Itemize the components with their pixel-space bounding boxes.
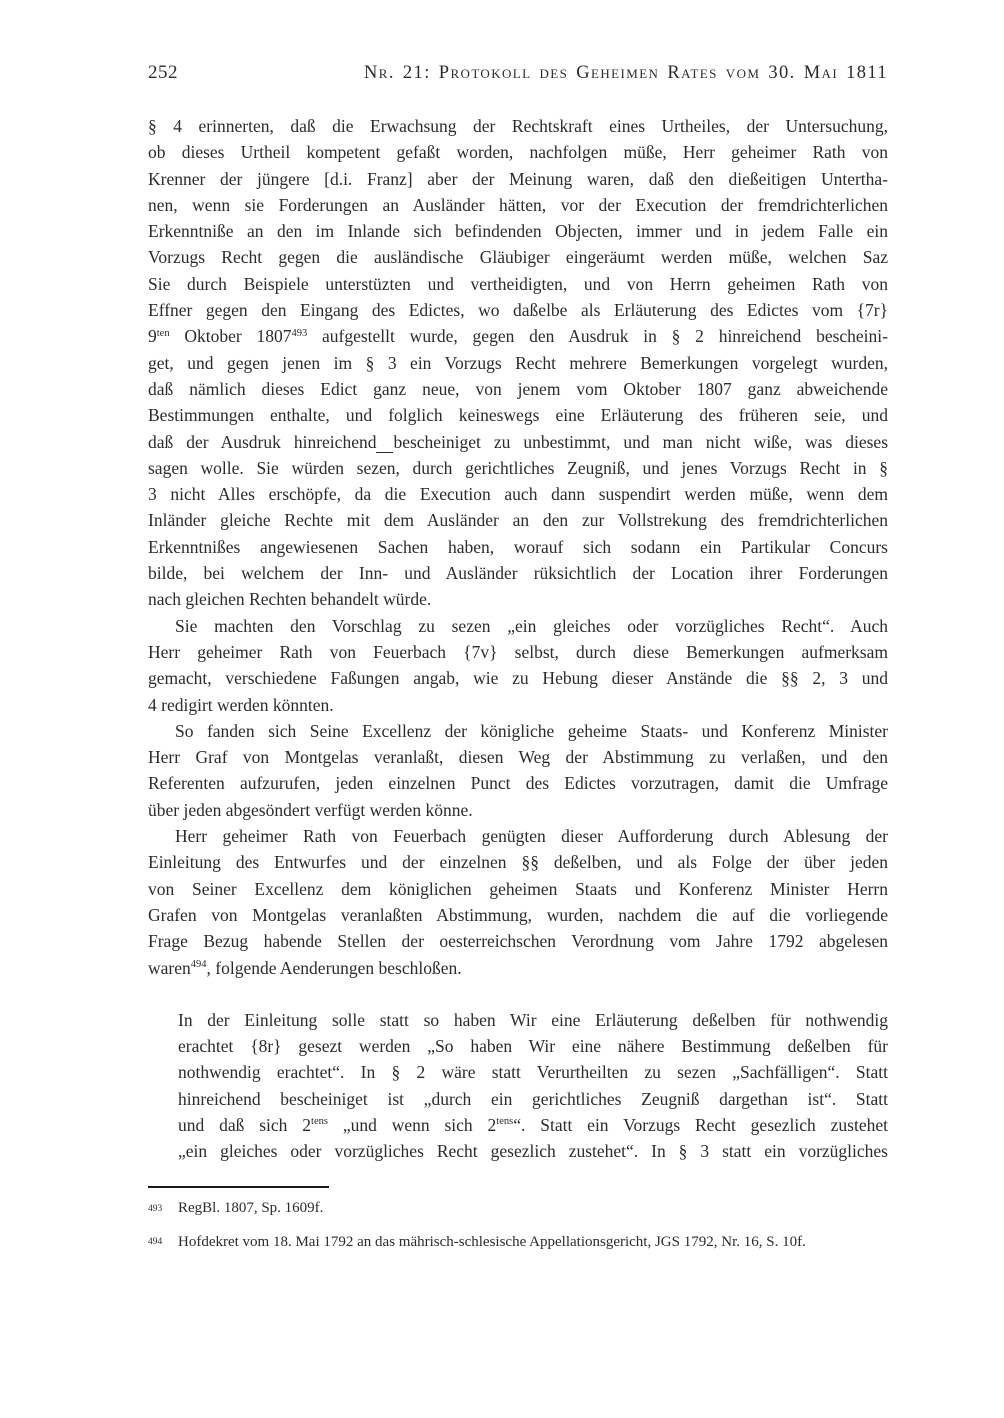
footnote: 493RegBl. 1807, Sp. 1609f. (148, 1199, 888, 1219)
text-line: Erkenntniße an den im Inlande sich befin… (148, 218, 888, 244)
text-line: 4 redigirt werden könnten. (148, 692, 888, 718)
text-line: Herr geheimer Rath von Feuerbach genügte… (148, 823, 888, 849)
body-text: § 4 erinnerten, daß die Erwachsung der R… (148, 113, 888, 1165)
text-line: Frage Bezug habende Stellen der oesterre… (148, 928, 888, 954)
text-line: gemacht, verschiedene Faßungen angab, wi… (148, 665, 888, 691)
text-line: Erkenntnißes angewiesenen Sachen haben, … (148, 534, 888, 560)
footnote-number: 493 (148, 1200, 178, 1220)
text-line: Effner gegen den Eingang des Edictes, wo… (148, 297, 888, 323)
document-page: 252 Nr. 21: Protokoll des Geheimen Rates… (148, 0, 888, 1266)
superscript-marker: 493 (291, 328, 307, 339)
text-line: hinreichend bescheiniget ist „durch ein … (178, 1086, 888, 1112)
footnote-separator (148, 1186, 329, 1189)
text-line: nen, wenn sie Forderungen an Ausländer h… (148, 192, 888, 218)
text-line: Vorzugs Recht gegen die ausländische Glä… (148, 244, 888, 270)
paragraph: Herr geheimer Rath von Feuerbach genügte… (148, 823, 888, 981)
superscript-marker: 494 (191, 959, 207, 970)
text-line: nothwendig erachtet“. In § 2 wäre statt … (178, 1059, 888, 1085)
text-line: So fanden sich Seine Excellenz der könig… (148, 718, 888, 744)
text-line: Herr geheimer Rath von Feuerbach {7v} se… (148, 639, 888, 665)
text-line: ob dieses Urtheil kompetent gefaßt worde… (148, 139, 888, 165)
text-line: Herr Graf von Montgelas veranlaßt, diese… (148, 744, 888, 770)
block-quote: In der Einleitung solle statt so haben W… (178, 1007, 888, 1165)
text-line: „ein gleiches oder vorzügliches Recht ge… (178, 1138, 888, 1164)
footnote-number: 494 (148, 1233, 178, 1253)
underline-mark (376, 432, 393, 453)
superscript-marker: ten (157, 328, 170, 339)
text-line: nach gleichen Rechten behandelt würde. (148, 586, 888, 612)
text-line: und daß sich 2tens „und wenn sich 2tens“… (178, 1112, 888, 1138)
text-line: Referenten aufzurufen, jeden einzelnen P… (148, 770, 888, 796)
text-line: get, und gegen jenen im § 3 ein Vorzugs … (148, 350, 888, 376)
text-line: 9ten Oktober 1807493 aufgestellt wurde, … (148, 323, 888, 349)
text-line: Krenner der jüngere [d.i. Franz] aber de… (148, 166, 888, 192)
footnote-text: RegBl. 1807, Sp. 1609f. (178, 1199, 888, 1219)
text-line: erachtet {8r} gesezt werden „So haben Wi… (178, 1033, 888, 1059)
superscript-marker: tens (496, 1116, 513, 1127)
text-line: über jeden abgesöndert verfügt werden kö… (148, 797, 888, 823)
text-line: daß nämlich dieses Edict ganz neue, von … (148, 376, 888, 402)
text-line: sagen wolle. Sie würden sezen, durch ger… (148, 455, 888, 481)
footnotes-list: 493RegBl. 1807, Sp. 1609f.494Hofdekret v… (148, 1199, 888, 1252)
footnote: 494Hofdekret vom 18. Mai 1792 an das mäh… (148, 1233, 888, 1253)
text-line: von Seiner Excellenz dem königlichen geh… (148, 876, 888, 902)
running-header: Nr. 21: Protokoll des Geheimen Rates vom… (364, 63, 888, 84)
text-line: In der Einleitung solle statt so haben W… (178, 1007, 888, 1033)
paragraph: Sie machten den Vorschlag zu sezen „ein … (148, 613, 888, 718)
text-line: waren494, folgende Aenderungen beschloße… (148, 955, 888, 981)
text-line: Einleitung des Entwurfes und der einzeln… (148, 849, 888, 875)
text-line: § 4 erinnerten, daß die Erwachsung der R… (148, 113, 888, 139)
text-line: Grafen von Montgelas veranlaßten Abstimm… (148, 902, 888, 928)
paragraph: So fanden sich Seine Excellenz der könig… (148, 718, 888, 823)
text-line: daß der Ausdruk hinreichend bescheiniget… (148, 429, 888, 455)
text-line: Sie machten den Vorschlag zu sezen „ein … (148, 613, 888, 639)
superscript-marker: tens (311, 1116, 328, 1127)
text-line: Bestimmungen enthalte, und folglich kein… (148, 402, 888, 428)
footnote-text: Hofdekret vom 18. Mai 1792 an das mähris… (178, 1233, 888, 1253)
paragraph: § 4 erinnerten, daß die Erwachsung der R… (148, 113, 888, 613)
text-line: 3 nicht Alles erschöpfe, da die Executio… (148, 481, 888, 507)
page-header: 252 Nr. 21: Protokoll des Geheimen Rates… (148, 62, 888, 84)
text-line: Inländer gleiche Rechte mit dem Auslände… (148, 507, 888, 533)
text-line: bilde, bei welchem der Inn- und Auslände… (148, 560, 888, 586)
page-number: 252 (148, 62, 178, 84)
text-line: Sie durch Beispiele unterstüzten und ver… (148, 271, 888, 297)
